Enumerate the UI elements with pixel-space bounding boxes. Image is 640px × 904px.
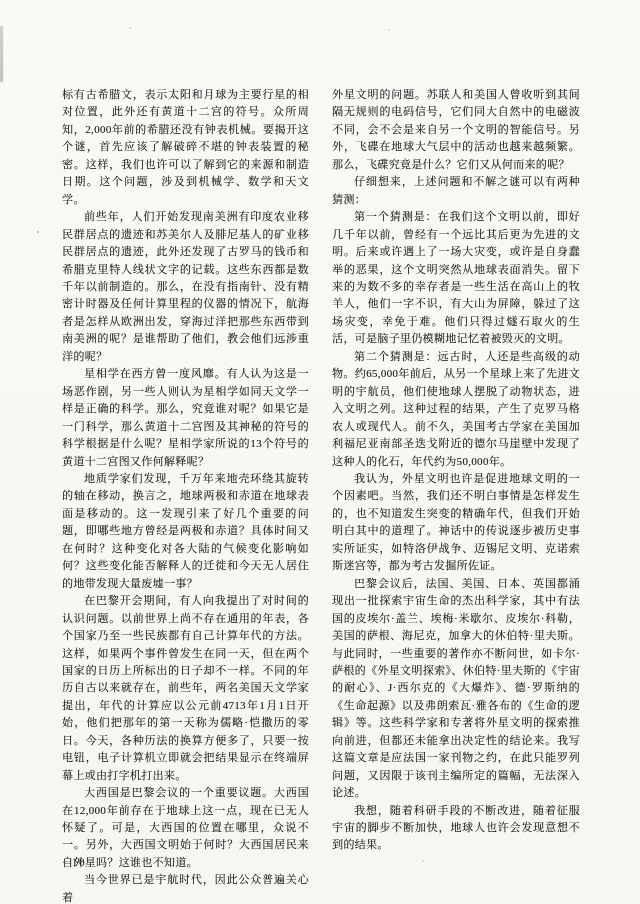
- scanned-book-page: 标有古希腊文，表示太阳和月球为主要行星的相对位置，此外还有黄道十二宫的符号。众所…: [0, 0, 640, 904]
- scan-speck: [422, 860, 424, 862]
- paragraph: 第一个猜测是：在我们这个文明以前，即好几千年以前，曾经有一个远比其后更为先进的文…: [332, 209, 580, 349]
- scan-speck: [37, 231, 39, 233]
- paragraph: 外星文明的问题。苏联人和美国人曾收听到其间隔无规则的电码信号，它们同大自然中的电…: [332, 87, 580, 174]
- left-text-column: 标有古希腊文，表示太阳和月球为主要行星的相对位置，此外还有黄道十二宫的符号。众所…: [62, 87, 309, 904]
- right-text-column: 外星文明的问题。苏联人和美国人曾收听到其间隔无规则的电码信号，它们同大自然中的电…: [332, 87, 580, 855]
- page-number: · 10 ·: [62, 857, 96, 869]
- paragraph: 大西国是巴黎会议的一个重要议题。大西国在12,000年前存在于地球上这一点，现在…: [62, 785, 309, 872]
- paragraph: 在巴黎开会期间，有人向我提出了对时间的认识问题。以前世界上尚不存在通用的年表，各…: [62, 593, 309, 785]
- paragraph: 星相学在西方曾一度风靡。有人认为这是一场恶作剧，另一些人则认为星相学如同天文学一…: [62, 366, 309, 471]
- scan-speck: [129, 27, 131, 29]
- paragraph: 巴黎会议后，法国、美国、日本、英国都涌现出一批探索宇宙生命的杰出科学家，其中有法…: [332, 576, 580, 803]
- paragraph: 我认为，外星文明也许是促进地球文明的一个因素吧。当然，我们还不明白事情是怎样发生…: [332, 471, 580, 576]
- scan-edge-shadow: [0, 26, 3, 82]
- paragraph: 仔细想来，上述问题和不解之谜可以有两种猜测：: [332, 174, 580, 209]
- paragraph: 我想，随着科研手段的不断改进，随着征服宇宙的脚步不断加快，地球人也许会发现意想不…: [332, 803, 580, 855]
- paragraph: 当今世界已是宇航时代，因此公众普遍关心着: [62, 872, 309, 904]
- scan-speck: [388, 29, 390, 31]
- paragraph: 第二个猜测是：远古时，人还是些高级的动物。约65,000年前后，从另一个星球上来…: [332, 349, 580, 471]
- paragraph: 地质学家们发现，千万年来地壳环绕其旋转的轴在移动，换言之，地球两极和赤道在地球表…: [62, 471, 309, 593]
- paragraph: 标有古希腊文，表示太阳和月球为主要行星的相对位置，此外还有黄道十二宫的符号。众所…: [62, 87, 309, 209]
- paragraph: 前些年，人们开始发现南美洲有印度农业移民群居点的遗迹和苏美尔人及腓尼基人的矿业移…: [62, 209, 309, 366]
